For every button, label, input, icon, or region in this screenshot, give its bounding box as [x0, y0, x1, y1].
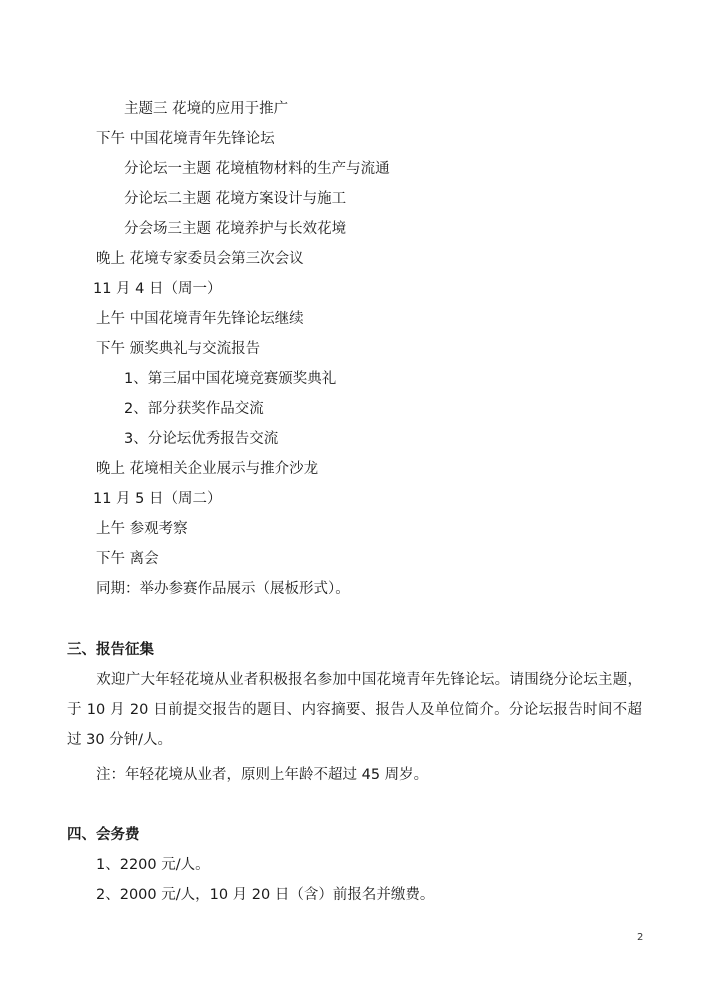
schedule-item-works-exchange: 2、部分获奖作品交流 [124, 399, 264, 419]
fee-item-2: 2、2000 元/人，10 月 20 日（含）前报名并缴费。 [96, 885, 434, 905]
schedule-line-evening-meeting: 晚上 花境专家委员会第三次会议 [96, 249, 304, 269]
schedule-date-nov5: 11 月 5 日（周二） [93, 489, 222, 509]
schedule-line-exhibition: 同期：举办参赛作品展示（展板形式）。 [96, 579, 350, 599]
fee-item-1: 1、2200 元/人。 [96, 855, 210, 875]
schedule-line-evening-salon: 晚上 花境相关企业展示与推介沙龙 [96, 459, 318, 479]
schedule-line-subforum1: 分论坛一主题 花境植物材料的生产与流通 [124, 159, 390, 179]
schedule-line-theme3: 主题三 花境的应用于推广 [124, 99, 288, 119]
schedule-line-afternoon-award: 下午 颁奖典礼与交流报告 [96, 339, 260, 359]
section4-heading: 四、会务费 [67, 825, 140, 845]
schedule-line-morning-visit: 上午 参观考察 [96, 519, 188, 539]
schedule-line-afternoon-forum: 下午 中国花境青年先锋论坛 [96, 129, 275, 149]
section3-note: 注：年轻花境从业者，原则上年龄不超过 45 周岁。 [96, 765, 428, 785]
schedule-line-subforum2: 分论坛二主题 花境方案设计与施工 [124, 189, 346, 209]
schedule-item-report-exchange: 3、分论坛优秀报告交流 [124, 429, 278, 449]
section3-paragraph: 欢迎广大年轻花境从业者积极报名参加中国花境青年先锋论坛。请围绕分论坛主题，于 1… [67, 665, 642, 755]
schedule-line-subforum3: 分会场三主题 花境养护与长效花境 [124, 219, 346, 239]
section3-heading: 三、报告征集 [67, 640, 154, 660]
schedule-date-nov4: 11 月 4 日（周一） [93, 279, 222, 299]
schedule-line-afternoon-leave: 下午 离会 [96, 549, 159, 569]
page-number: 2 [637, 932, 643, 943]
section3-paragraph-text: 欢迎广大年轻花境从业者积极报名参加中国花境青年先锋论坛。请围绕分论坛主题，于 1… [67, 672, 642, 748]
schedule-line-morning-forum: 上午 中国花境青年先锋论坛继续 [96, 309, 304, 329]
schedule-item-award-ceremony: 1、第三届中国花境竞赛颁奖典礼 [124, 369, 336, 389]
